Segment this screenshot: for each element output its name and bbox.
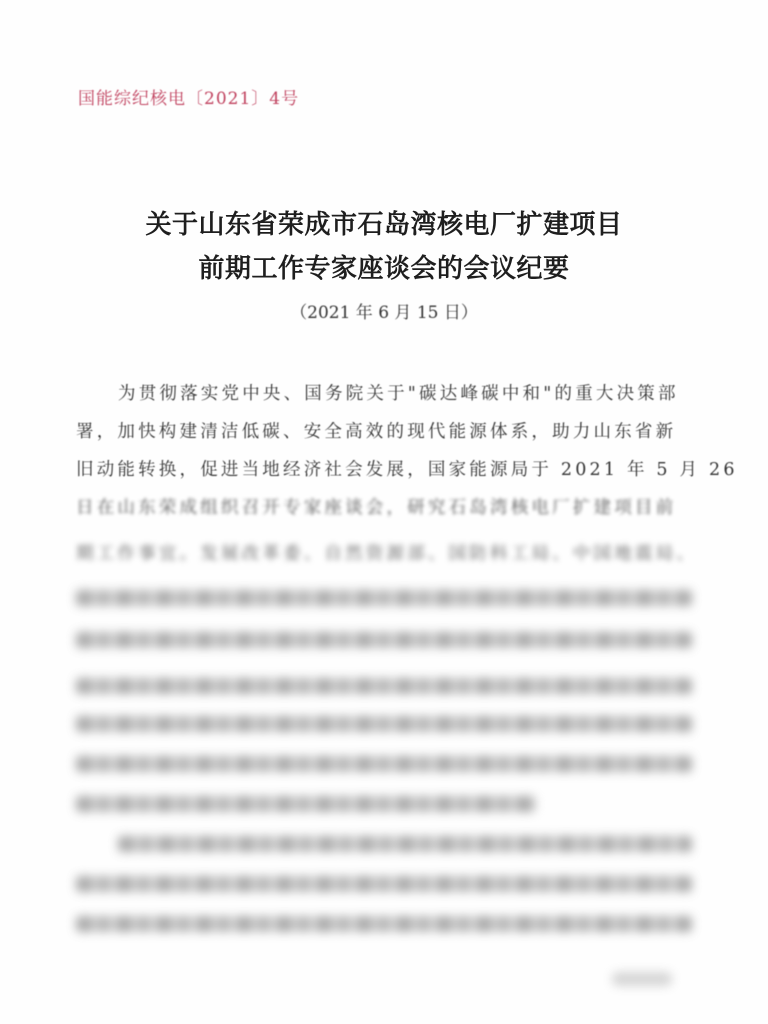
body-line: 署，加快构建清洁低碳、安全高效的现代能源体系，助力山东省新: [76, 418, 696, 443]
body-line: 日在山东荣成组织召开专家座谈会，研究石岛湾核电厂扩建项目前: [76, 494, 696, 519]
blurred-text-line: [76, 876, 692, 892]
document-title-line-2: 前期工作专家座谈会的会议纪要: [0, 248, 768, 285]
blurred-text-line: [76, 590, 692, 606]
page-number-mark: [612, 972, 672, 986]
document-title-line-1: 关于山东省荣成市石岛湾核电厂扩建项目: [0, 204, 768, 241]
body-line: 期工作事宜。发展改革委、自然资源部、国防科工局、中国地震局、: [76, 540, 696, 565]
blurred-text-line: [76, 796, 536, 812]
blurred-text-line: [76, 632, 692, 648]
document-page: 国能综纪核电〔2021〕4号 关于山东省荣成市石岛湾核电厂扩建项目 前期工作专家…: [0, 0, 768, 1024]
body-line: 为贯彻落实党中央、国务院关于"碳达峰碳中和"的重大决策部: [118, 380, 696, 405]
blurred-text-line: [76, 678, 692, 694]
blurred-text-line: [118, 836, 692, 852]
blurred-text-line: [76, 916, 692, 932]
blurred-text-line: [76, 716, 692, 732]
document-number: 国能综纪核电〔2021〕4号: [78, 84, 299, 109]
blurred-text-line: [76, 756, 692, 772]
document-date: （2021 年 6 月 15 日）: [0, 298, 768, 323]
body-line: 旧动能转换，促进当地经济社会发展，国家能源局于 2021 年 5 月 26: [76, 456, 696, 481]
